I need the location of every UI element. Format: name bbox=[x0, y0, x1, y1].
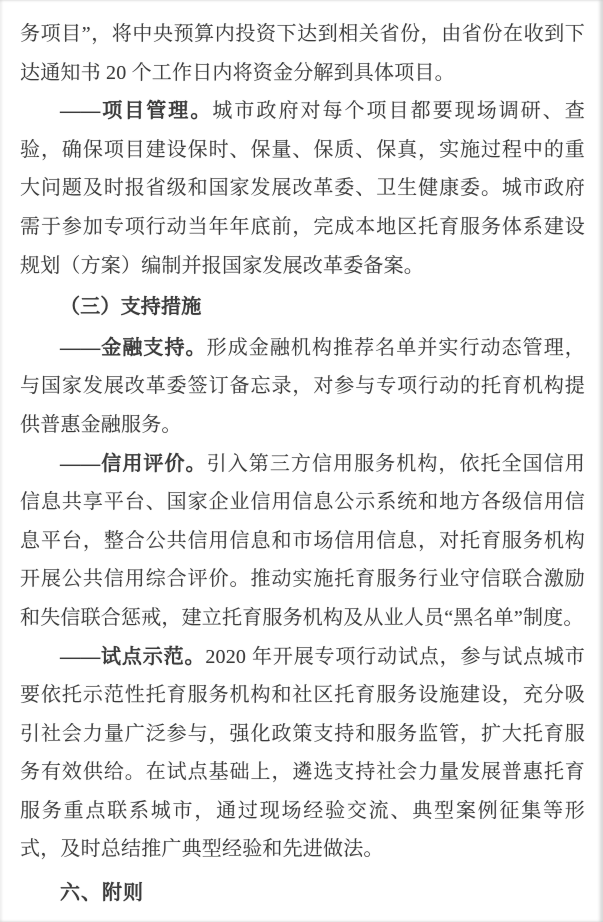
paragraph-credit-evaluation: ——信用评价。引入第三方信用服务机构，依托全国信用信息共享平台、国家企业信用信息… bbox=[20, 445, 585, 638]
section-heading-supplementary: 六、附则 bbox=[20, 874, 585, 913]
paragraph-text: 务项目”，将中央预算内投资下达到相关省份，由省份在收到下达通知书 20 个工作日… bbox=[20, 23, 585, 84]
paragraph-text: 引入第三方信用服务机构，依托全国信用信息共享平台、国家企业信用信息公示系统和地方… bbox=[20, 453, 585, 629]
paragraph-text: 2020 年开展专项行动试点，参与试点城市要依托示范性托育服务机构和社区托育服务… bbox=[20, 646, 585, 861]
subheading-support-measures: （三）支持措施 bbox=[20, 288, 585, 327]
section-heading-text: 六、附则 bbox=[60, 882, 144, 904]
paragraph-text: 城市政府对每个项目都要现场调研、查验，确保项目建设保时、保量、保质、保真，实施过… bbox=[20, 100, 585, 276]
paragraph-financial-support: ——金融支持。形成金融机构推荐名单并实行动态管理，与国家发展改革委签订备忘录，对… bbox=[20, 329, 585, 445]
paragraph-continuation: 务项目”，将中央预算内投资下达到相关省份，由省份在收到下达通知书 20 个工作日… bbox=[20, 15, 585, 92]
paragraph-lead: ——信用评价。 bbox=[60, 453, 207, 475]
paragraph-project-management: ——项目管理。城市政府对每个项目都要现场调研、查验，确保项目建设保时、保量、保质… bbox=[20, 92, 585, 285]
document-page: 务项目”，将中央预算内投资下达到相关省份，由省份在收到下达通知书 20 个工作日… bbox=[0, 0, 603, 922]
paragraph-lead: ——试点示范。 bbox=[60, 646, 205, 668]
paragraph-lead: ——金融支持。 bbox=[60, 337, 207, 359]
paragraph-pilot-demonstration: ——试点示范。2020 年开展专项行动试点，参与试点城市要依托示范性托育服务机构… bbox=[20, 638, 585, 870]
subheading-text: （三）支持措施 bbox=[60, 296, 201, 318]
paragraph-lead: ——项目管理。 bbox=[60, 100, 212, 122]
